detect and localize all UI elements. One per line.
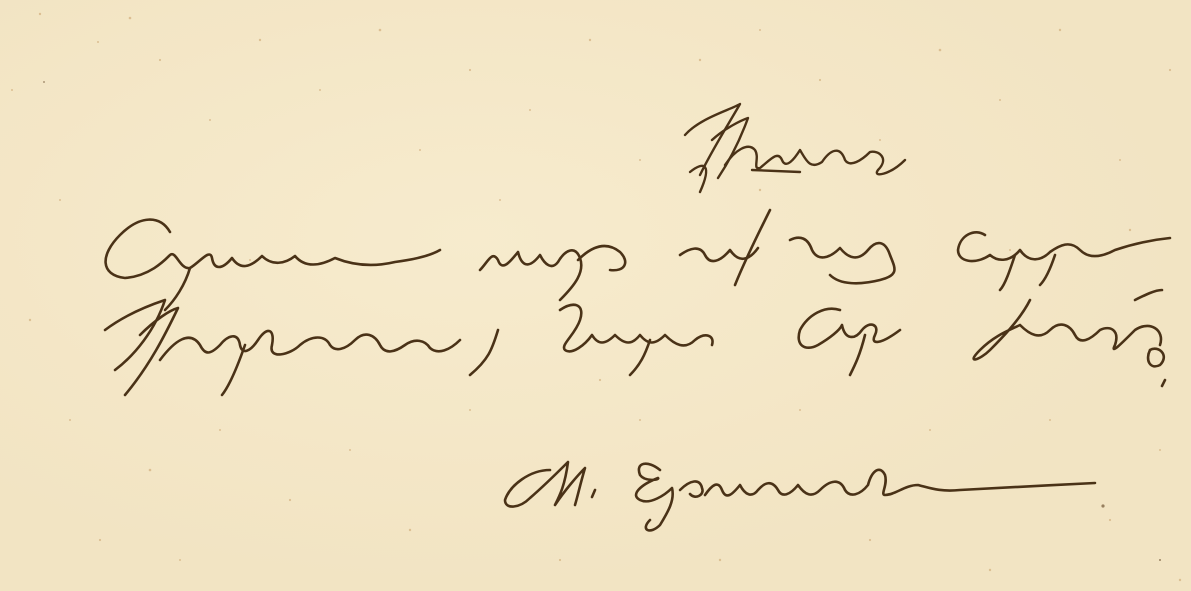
verse-line-2: Прекрасное должно быть величаво.: [100, 310, 1191, 375]
document-title: Пушкинъ: [690, 120, 909, 171]
transcription: Пушкинъ Служенье музъ не терпитъ суеты, …: [0, 0, 1191, 591]
verse-line-1: Служенье музъ не терпитъ суеты,: [100, 225, 1191, 290]
signature: М. Ермолова: [510, 450, 895, 515]
manuscript-page: Пушкинъ Служенье музъ не терпитъ суеты, …: [0, 0, 1191, 591]
